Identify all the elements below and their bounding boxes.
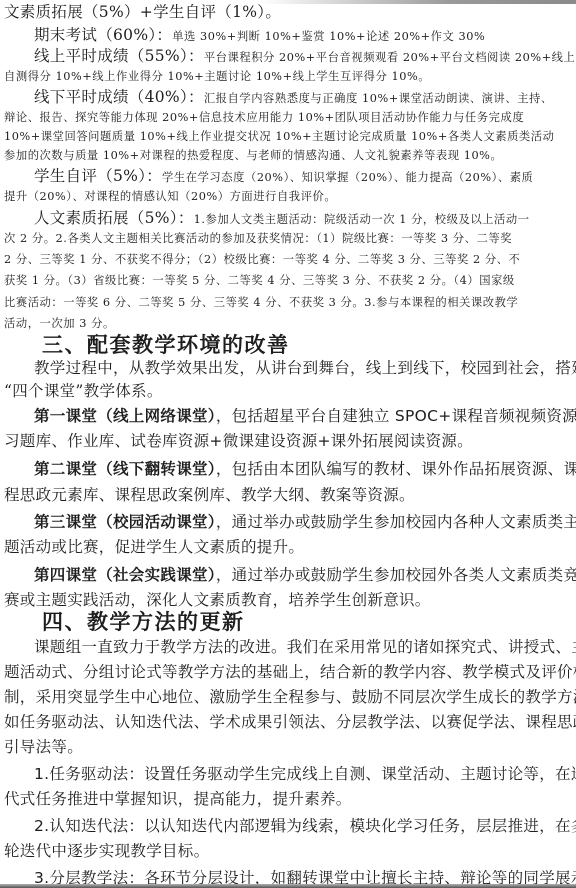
online-regular-line: 自测得分 10%+线上作业得分 10%+主题讨论 10%+线上学生互评得分 10…	[4, 67, 430, 87]
section-4-heading: 四、教学方法的更新	[42, 606, 245, 636]
section-4-intro-line: 题活动式、分组讨论式等教学方法的基础上，结合新的教学内容、教学模式及评价机	[4, 662, 576, 682]
humanities-line: 次 2 分。2.各类人文主题相关比赛活动的参加及获奖情况：（1）院级比赛：一等奖…	[4, 229, 512, 249]
classroom-4-text: ，通过举办或鼓励学生参加校园外各类人文素质类竞	[216, 566, 576, 584]
classroom-2: 第二课堂（线下翻转课堂），包括由本团队编写的教材、课外作品拓展资源、课	[34, 459, 576, 479]
offline-regular-item: 线下平时成绩（40%）：汇报自学内容熟悉度与正确度 10%+课堂活动朗读、演讲、…	[34, 87, 553, 109]
intro-tail: 文素质拓展（5%）+学生自评（1%）。	[4, 2, 281, 22]
classroom-2-label: 第二课堂（线下翻转课堂）	[34, 460, 216, 478]
classroom-1: 第一课堂（线上网络课堂），包括超星平台自建独立 SPOC+课程音频视频资源+	[34, 406, 576, 426]
offline-regular-label: 线下平时成绩（40%）：	[34, 88, 204, 106]
classroom-1-text: ，包括超星平台自建独立 SPOC+课程音频视频资源+	[216, 407, 576, 425]
self-eval-item: 学生自评（5%）：学生在学习态度（20%）、知识掌握（20%）、能力提高（20%…	[34, 166, 533, 188]
online-regular-label: 线上平时成绩（55%）：	[34, 47, 204, 65]
humanities-item: 人文素质拓展（5%）：1.参加人文类主题活动：院级活动一次 1 分，校级及以上活…	[34, 208, 530, 230]
humanities-line: 获奖 1 分。（3）省级比赛：一等奖 5 分、二等奖 4 分、三等奖 3 分、不…	[4, 271, 515, 291]
classroom-3-text: 题活动或比赛，促进学生人文素质的提升。	[4, 537, 304, 557]
online-regular-item: 线上平时成绩（55%）：平台课程积分 20%+平台音视频观看 20%+平台文档阅…	[34, 46, 575, 68]
classroom-3-label: 第三课堂（校园活动课堂）	[34, 513, 216, 531]
humanities-line: 1.参加人文类主题活动：院级活动一次 1 分，校级及以上活动一	[194, 213, 530, 226]
scan-top-shadow	[260, 0, 576, 4]
final-exam-label: 期末考试（60%）：	[34, 26, 172, 44]
method-1-cont: 代式任务推进中掌握知识，提高能力，提升素养。	[4, 789, 352, 809]
method-2: 2.认知迭代法：以认知迭代内部逻辑为线索，模块化学习任务，层层推进，在多	[34, 816, 576, 836]
classroom-2-text: 程思政元素库、课程思政案例库、教学大纲、教案等资源。	[4, 485, 415, 505]
method-2-cont: 轮迭代中逐步实现教学目标。	[4, 841, 209, 861]
section-4-intro-line: 制，采用突显学生中心地位、激励学生全程参与、鼓励不同层次学生成长的教学方法	[4, 687, 576, 707]
self-eval-line: 学生在学习态度（20%）、知识掌握（20%）、能力提高（20%）、素质	[162, 171, 533, 184]
classroom-1-label: 第一课堂（线上网络课堂）	[34, 407, 216, 425]
final-exam-text: 单选 30%+判断 10%+鉴赏 10%+论述 20%+作文 30%	[172, 30, 485, 43]
self-eval-line: 提升（20%）、对课程的情感认知（20%）方面进行自我评价。	[4, 187, 336, 207]
humanities-label: 人文素质拓展（5%）：	[34, 209, 194, 227]
classroom-1-text: 习题库、作业库、试卷库资源+微课建设资源+课外拓展阅读资源。	[4, 431, 473, 451]
section-4-intro-line: 课题组一直致力于教学方法的改进。我们在采用常见的诸如探究式、讲授式、主	[34, 637, 576, 657]
scan-bottom-shadow	[0, 884, 576, 888]
humanities-line: 比赛活动：一等奖 6 分、二等奖 5 分、三等奖 4 分、不获奖 3 分。3.参…	[4, 293, 518, 313]
offline-regular-line: 辩论、报告、探究等能力体现 20%+信息技术应用能力 10%+团队项目活动协作能…	[4, 108, 524, 128]
classroom-3: 第三课堂（校园活动课堂），通过举办或鼓励学生参加校园内各种人文素质类主	[34, 512, 576, 532]
section-3-heading: 三、配套教学环境的改善	[42, 329, 290, 359]
final-exam-item: 期末考试（60%）：单选 30%+判断 10%+鉴赏 10%+论述 20%+作文…	[34, 25, 485, 47]
offline-regular-line: 10%+课堂回答问题质量 10%+线上作业提交状况 10%+主题讨论完成质量 1…	[4, 127, 554, 147]
self-eval-label: 学生自评（5%）：	[34, 167, 162, 185]
classroom-3-text: ，通过举办或鼓励学生参加校园内各种人文素质类主	[216, 513, 576, 531]
online-regular-line: 平台课程积分 20%+平台音视频观看 20%+平台文档阅读 20%+线上	[204, 51, 576, 64]
humanities-line: 2 分、三等奖 1 分、不获奖不得分；（2）校级比赛：一等奖 4 分、二等奖 3…	[4, 250, 520, 270]
section-4-intro-line: 如任务驱动法、认知迭代法、学术成果引领法、分层教学法、以赛促学法、课程思政	[4, 712, 576, 732]
classroom-4: 第四课堂（社会实践课堂），通过举办或鼓励学生参加校园外各类人文素质类竞	[34, 565, 576, 585]
section-3-intro-line: “四个课堂”教学体系。	[4, 381, 163, 401]
classroom-4-label: 第四课堂（社会实践课堂）	[34, 566, 216, 584]
section-4-intro-line: 引导法等。	[4, 737, 83, 757]
section-3-intro-line: 教学过程中，从教学效果出发，从讲台到舞台，线上到线下，校园到社会，搭建	[34, 358, 576, 378]
offline-regular-line: 汇报自学内容熟悉度与正确度 10%+课堂活动朗读、演讲、主持、	[204, 92, 553, 105]
classroom-2-text: ，包括由本团队编写的教材、课外作品拓展资源、课	[216, 460, 576, 478]
offline-regular-line: 参加的次数与质量 10%+对课程的热爱程度、与老师的情感沟通、人文礼貌素养等表现…	[4, 146, 502, 166]
method-1: 1.任务驱动法：设置任务驱动学生完成线上自测、课堂活动、主题讨论等，在迭	[34, 764, 576, 784]
